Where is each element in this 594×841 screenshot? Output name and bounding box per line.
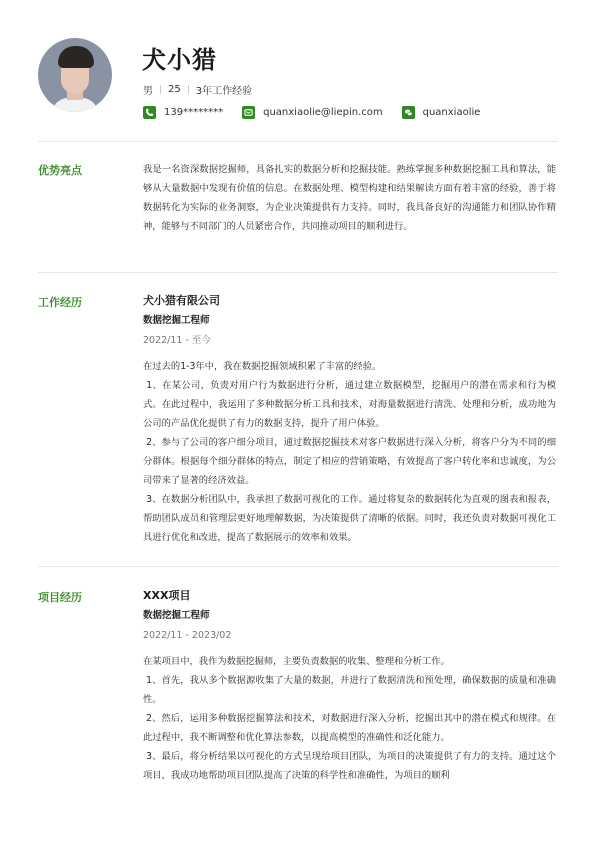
summary-text: 我是一名资深数据挖掘师，具备扎实的数据分析和挖掘技能。熟练掌握多种数据挖掘工具和… [143, 160, 556, 236]
email-icon [242, 106, 255, 119]
wechat-icon [402, 106, 415, 119]
project-paragraph: 3、最后，将分析结果以可视化的方式呈现给项目团队，为项目的决策提供了有力的支持。… [143, 747, 556, 785]
meta-divider [188, 85, 189, 94]
meta-divider [160, 85, 161, 94]
project-name: XXX项目 [143, 586, 556, 606]
work-item: 犬小猎有限公司 数据挖掘工程师 2022/11 - 至今 在过去的1-3年中，我… [143, 291, 556, 547]
contact-phone: 139******** [143, 106, 223, 119]
gender: 男 [143, 82, 153, 97]
project-description: 在某项目中，我作为数据挖掘师，主要负责数据的收集、整理和分析工作。 1、首先，我… [143, 652, 556, 785]
section-label-summary: 优势亮点 [38, 162, 82, 178]
job-title: 数据挖掘工程师 [143, 311, 556, 331]
project-item: XXX项目 数据挖掘工程师 2022/11 - 2023/02 在某项目中，我作… [143, 586, 556, 785]
section-divider [38, 566, 558, 567]
company-name: 犬小猎有限公司 [143, 291, 556, 311]
wechat-id: quanxiaolie [423, 107, 481, 118]
project-date-range: 2022/11 - 2023/02 [143, 626, 556, 646]
avatar-shirt [52, 98, 98, 112]
project-paragraph: 在某项目中，我作为数据挖掘师，主要负责数据的收集、整理和分析工作。 [143, 652, 556, 671]
work-date-range: 2022/11 - 至今 [143, 331, 556, 351]
project-role: 数据挖掘工程师 [143, 606, 556, 626]
section-label-work: 工作经历 [38, 294, 82, 310]
section-divider [38, 141, 558, 142]
age: 25 [168, 84, 181, 95]
candidate-meta: 男 25 3年工作经验 [143, 82, 252, 97]
project-paragraph: 1、首先，我从多个数据源收集了大量的数据，并进行了数据清洗和预处理，确保数据的质… [143, 671, 556, 709]
work-description: 在过去的1-3年中，我在数据挖掘领域积累了丰富的经验。 1、在某公司，负责对用户… [143, 357, 556, 547]
section-divider [38, 272, 558, 273]
phone-icon [143, 106, 156, 119]
contact-list: 139******** quanxiaolie@liepin.com quanx… [143, 106, 499, 119]
section-label-projects: 项目经历 [38, 589, 82, 605]
contact-email: quanxiaolie@liepin.com [242, 106, 383, 119]
contact-wechat: quanxiaolie [402, 106, 481, 119]
resume-header: 犬小猎 男 25 3年工作经验 139******** quanxiaolie@… [0, 0, 594, 142]
work-paragraph: 2、参与了公司的客户细分项目，通过数据挖掘技术对客户数据进行深入分析，将客户分为… [143, 433, 556, 490]
candidate-name: 犬小猎 [142, 40, 217, 75]
email-address[interactable]: quanxiaolie@liepin.com [263, 107, 383, 118]
work-paragraph: 1、在某公司，负责对用户行为数据进行分析，通过建立数据模型，挖掘用户的潜在需求和… [143, 376, 556, 433]
work-paragraph: 在过去的1-3年中，我在数据挖掘领域积累了丰富的经验。 [143, 357, 556, 376]
phone-number: 139******** [164, 107, 223, 118]
experience-years: 3年工作经验 [196, 82, 252, 97]
avatar [38, 38, 112, 112]
project-paragraph: 2、然后，运用多种数据挖掘算法和技术，对数据进行深入分析，挖掘出其中的潜在模式和… [143, 709, 556, 747]
work-paragraph: 3、在数据分析团队中，我承担了数据可视化的工作。通过将复杂的数据转化为直观的图表… [143, 490, 556, 547]
avatar-hair [58, 46, 94, 68]
